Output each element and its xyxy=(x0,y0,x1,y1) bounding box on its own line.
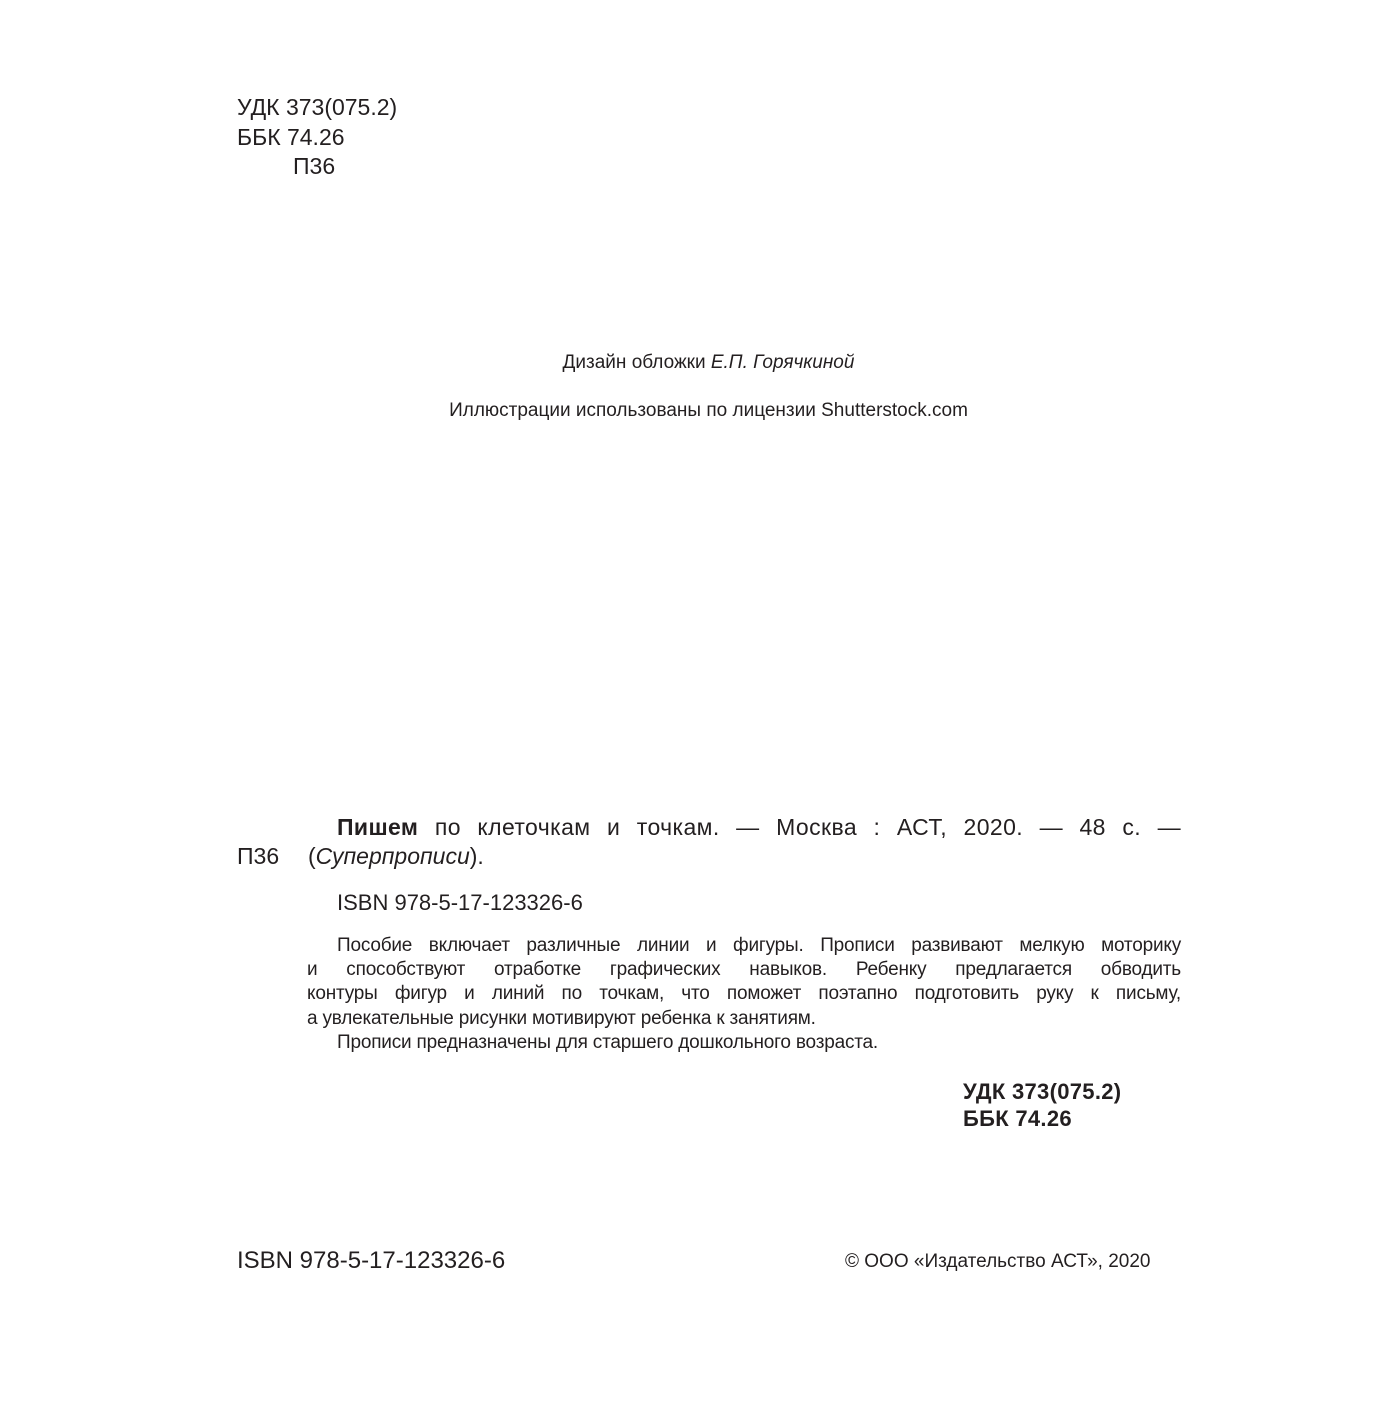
series: (Суперпрописи). xyxy=(308,842,484,871)
annotation-line: контуры фигур и линий по точкам, что пом… xyxy=(307,982,1181,1006)
copyright-notice: © ООО «Издательство АСТ», 2020 xyxy=(845,1251,1151,1273)
classification-codes-top: УДК 373(075.2) ББК 74.26 П36 xyxy=(237,93,397,182)
annotation: Пособие включает различные линии и фигур… xyxy=(307,934,1181,1055)
bbk-code-bottom: ББК 74.26 xyxy=(963,1105,1121,1132)
book-title-bold: Пишем xyxy=(337,814,418,840)
udk-code-bottom: УДК 373(075.2) xyxy=(963,1078,1121,1105)
annotation-line: и способствуют отработке графических нав… xyxy=(307,958,1181,982)
series-paren-open: ( xyxy=(308,843,316,869)
design-credit-label: Дизайн обложки xyxy=(563,352,711,373)
series-paren-close: ). xyxy=(470,843,484,869)
bbk-code: ББК 74.26 xyxy=(237,123,397,153)
designer-name: Е.П. Горячкиной xyxy=(711,352,855,373)
bibliographic-series-line: П36 (Суперпрописи). xyxy=(237,842,1181,871)
annotation-line: Пособие включает различные линии и фигур… xyxy=(307,934,1181,958)
udk-code: УДК 373(075.2) xyxy=(237,93,397,123)
isbn-biblio: ISBN 978-5-17-123326-6 xyxy=(337,890,583,916)
bibliographic-title-line: Пишем по клеточкам и точкам. — Москва : … xyxy=(237,813,1181,842)
isbn-footer: ISBN 978-5-17-123326-6 xyxy=(237,1247,505,1275)
annotation-age: Прописи предназначены для старшего дошко… xyxy=(307,1031,1181,1055)
cover-design-credit: Дизайн обложки Е.П. Горячкиной xyxy=(0,352,1388,374)
author-sign-biblio: П36 xyxy=(237,842,308,871)
bibliographic-record: Пишем по клеточкам и точкам. — Москва : … xyxy=(237,813,1181,871)
bibliographic-details: по клеточкам и точкам. — Москва : АСТ, 2… xyxy=(418,814,1181,840)
annotation-line: а увлекательные рисунки мотивируют ребен… xyxy=(307,1007,1181,1031)
series-name: Суперпрописи xyxy=(316,843,470,869)
classification-codes-bottom: УДК 373(075.2) ББК 74.26 xyxy=(963,1078,1121,1132)
author-sign: П36 xyxy=(237,152,397,182)
illustrations-credit: Иллюстрации использованы по лицензии Shu… xyxy=(0,400,1388,422)
